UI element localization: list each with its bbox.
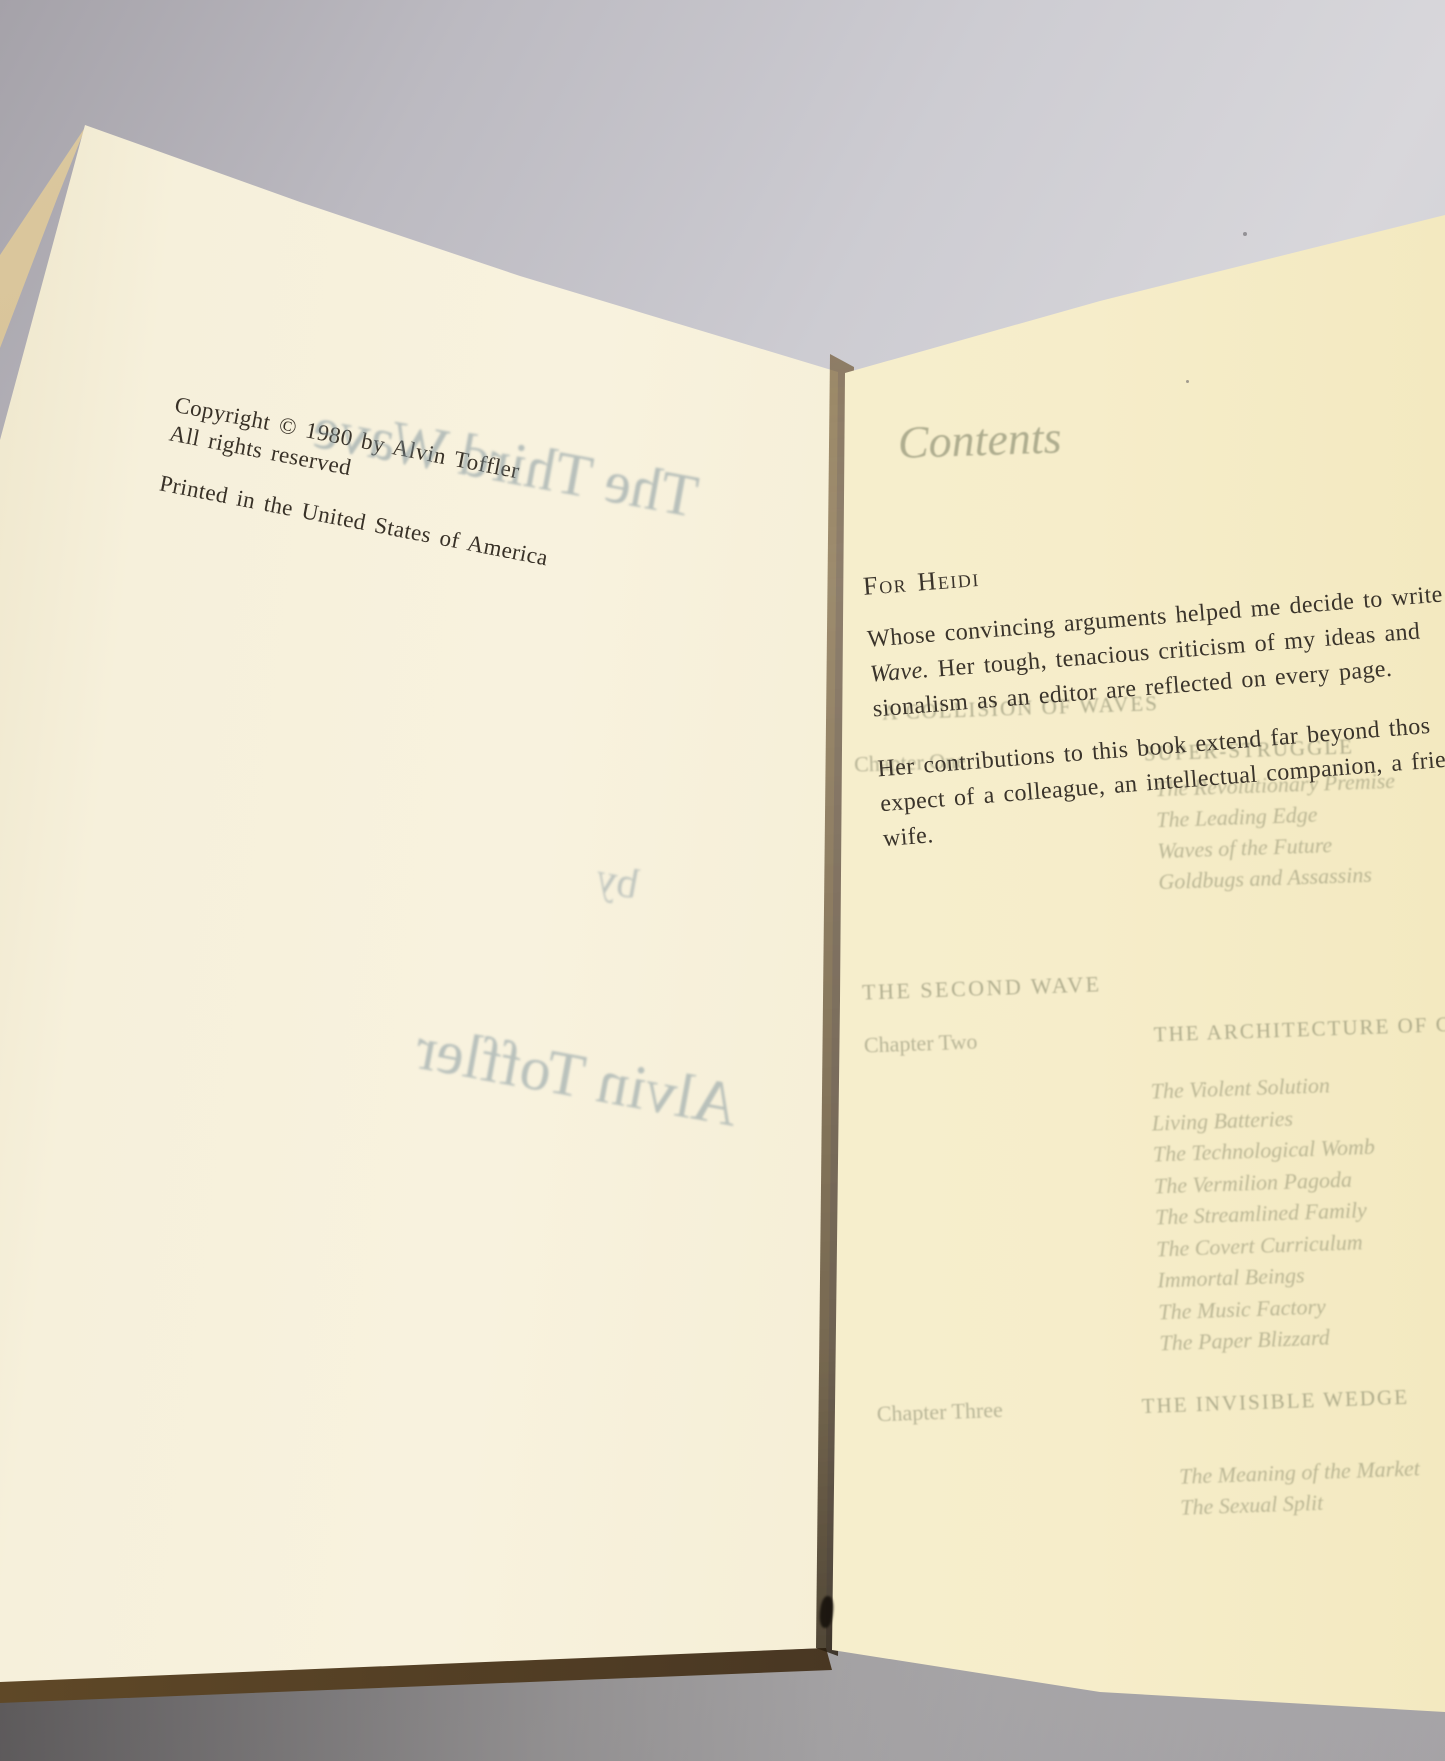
dedication-paragraph: Whose convincing arguments helped me dec…	[866, 573, 1445, 728]
italic-title-fragment: Wave.	[869, 657, 930, 688]
chapter-two-heading-ghost: THE ARCHITECTURE OF CIVILIZATION	[1153, 1007, 1445, 1048]
chapter-three-label-ghost: Chapter Three	[876, 1397, 1003, 1427]
chapter-three-sections-ghost: The Meaning of the Market The Sexual Spl…	[1179, 1452, 1422, 1522]
section-title-ghost: The Paper Blizzard	[1159, 1320, 1382, 1359]
chapter-two-label-ghost: Chapter Two	[863, 1029, 977, 1059]
contents-title-ghost: Contents	[897, 410, 1062, 469]
contents-showthrough: Contents A COLLISION OF WAVES Chapter On…	[840, 338, 1445, 1559]
dust-speck	[1243, 232, 1247, 236]
chapter-three-heading-ghost: THE INVISIBLE WEDGE	[1141, 1385, 1409, 1419]
part-two-heading-ghost: THE SECOND WAVE	[862, 971, 1102, 1005]
dust-speck	[1186, 380, 1189, 383]
dedication-text: For Heidi Whose convincing arguments hel…	[862, 522, 1445, 857]
book-photo: Copyright © 1980 by Alvin Toffler All ri…	[0, 0, 1445, 1761]
chapter-two-sections-ghost: The Violent Solution Living Batteries Th…	[1150, 1068, 1382, 1359]
